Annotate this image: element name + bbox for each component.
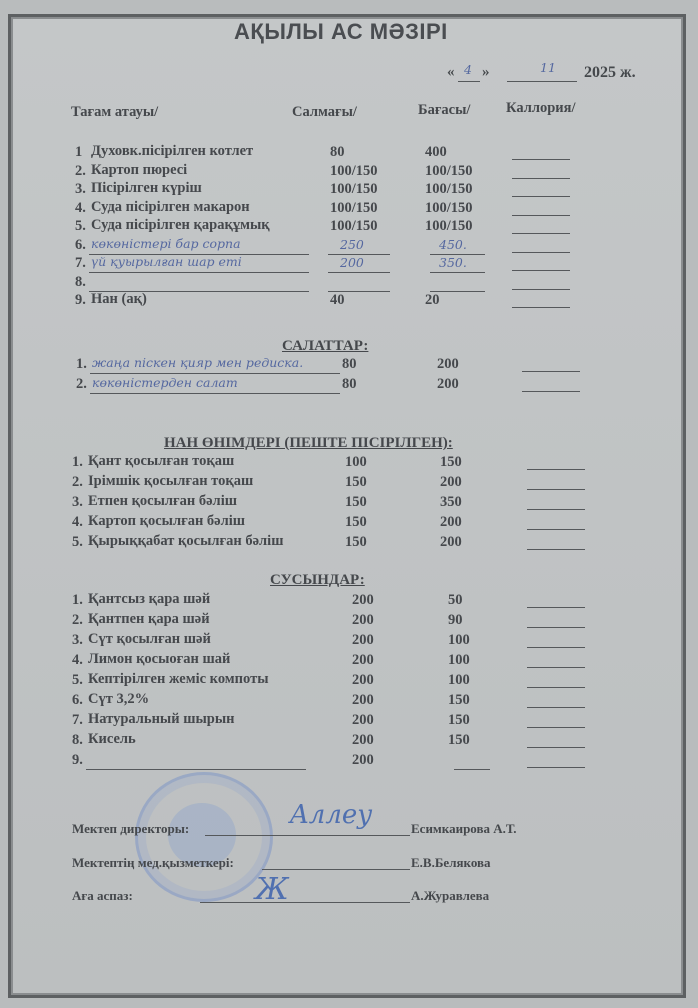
page-title: АҚЫЛЫ АС МӘЗІРІ	[234, 19, 448, 45]
item-weight: 200	[352, 712, 374, 729]
item-number: 7.	[75, 255, 86, 272]
signature-name-director: Есимкаирова А.Т.	[411, 821, 517, 837]
item-number: 2.	[72, 474, 83, 491]
blank-line	[430, 272, 485, 273]
item-name: Нан (ақ)	[91, 291, 147, 308]
item-number: 9.	[75, 292, 86, 309]
item-name: Қырыққабат қосылған бәліш	[88, 533, 283, 550]
item-name: Сүт қосылған шәй	[88, 631, 211, 648]
item-price: 150	[440, 454, 462, 471]
item-weight: 100/150	[330, 181, 378, 198]
blank-line	[90, 373, 340, 374]
item-number: 7.	[72, 712, 83, 729]
blank-line	[527, 489, 585, 490]
col-header-calories: Каллория/	[506, 100, 576, 117]
item-price: 100/150	[425, 200, 473, 217]
blank-line	[512, 159, 570, 160]
blank-line	[522, 371, 580, 372]
item-weight: 250	[340, 237, 364, 252]
item-name: үй қуырылған шар еті	[91, 254, 242, 269]
item-price: 100/150	[425, 218, 473, 235]
item-weight: 100/150	[330, 200, 378, 217]
date-month: 11	[540, 60, 556, 75]
item-number: 9.	[72, 752, 83, 769]
item-name: Қант қосылған тоқаш	[88, 453, 234, 470]
item-weight: 150	[345, 494, 367, 511]
item-name: Кисель	[88, 731, 136, 748]
blank-line	[527, 469, 585, 470]
item-weight: 80	[342, 376, 357, 393]
blank-line	[527, 727, 585, 728]
item-weight: 200	[352, 752, 374, 769]
item-name: Қантпен қара шәй	[88, 611, 210, 628]
item-weight: 150	[345, 514, 367, 531]
item-name: көкөністері бар сорпа	[91, 236, 241, 251]
blank-line	[512, 270, 570, 271]
item-number: 3.	[72, 632, 83, 649]
blank-line	[328, 272, 390, 273]
item-price: 350.	[439, 255, 467, 270]
item-price: 20	[425, 292, 440, 309]
blank-line	[512, 252, 570, 253]
blank-line	[512, 215, 570, 216]
item-name: Суда пісірілген қарақұмық	[91, 217, 270, 234]
item-weight: 100/150	[330, 218, 378, 235]
date-open: «	[447, 64, 455, 81]
item-price: 100	[448, 672, 470, 689]
item-name: Суда пісірілген макарон	[91, 199, 250, 216]
salads-heading: САЛАТТАР:	[282, 338, 368, 355]
item-name: көкөністерден салат	[92, 375, 238, 390]
item-price: 100	[448, 652, 470, 669]
signature-name-chef: А.Журавлева	[411, 888, 489, 904]
item-weight: 200	[352, 652, 374, 669]
item-number: 6.	[72, 692, 83, 709]
item-price: 150	[448, 692, 470, 709]
item-number: 8.	[75, 274, 86, 291]
item-price: 150	[448, 732, 470, 749]
item-weight: 200	[352, 592, 374, 609]
item-price: 100	[448, 632, 470, 649]
item-name: Лимон қосыоған шай	[88, 651, 230, 668]
item-number: 1.	[72, 592, 83, 609]
item-name: Картоп пюресі	[91, 162, 187, 179]
signature-role-nurse: Мектептің мед.қызметкері:	[72, 855, 234, 871]
item-price: 90	[448, 612, 463, 629]
item-price: 450.	[439, 237, 467, 252]
item-name: Картоп қосылған бәліш	[88, 513, 245, 530]
blank-line	[89, 272, 309, 273]
item-price: 400	[425, 144, 447, 161]
item-price: 100/150	[425, 181, 473, 198]
item-name: Етпен қосылған бәліш	[88, 493, 237, 510]
item-weight: 200	[352, 692, 374, 709]
item-name: Сүт 3,2%	[88, 691, 149, 708]
item-number: 3.	[72, 494, 83, 511]
item-weight: 100/150	[330, 163, 378, 180]
item-weight: 80	[330, 144, 345, 161]
item-price: 200	[440, 474, 462, 491]
blank-line	[527, 607, 585, 608]
blank-line	[527, 509, 585, 510]
col-header-price: Бағасы/	[418, 102, 470, 119]
item-price: 200	[440, 514, 462, 531]
blank-line	[522, 391, 580, 392]
item-weight: 150	[345, 474, 367, 491]
blank-line	[527, 707, 585, 708]
item-number: 2.	[72, 612, 83, 629]
item-price: 50	[448, 592, 463, 609]
official-stamp	[135, 772, 273, 902]
blank-line	[512, 289, 570, 290]
item-number: 3.	[75, 181, 86, 198]
signature-role-chef: Аға аспаз:	[72, 888, 133, 904]
date-close: »	[482, 64, 490, 81]
blank-line	[527, 647, 585, 648]
blank-line	[527, 687, 585, 688]
director-signature: Aллеу	[290, 800, 372, 830]
item-name: жаңа піскен қияр мен редиска.	[92, 355, 303, 370]
signature-name-nurse: Е.В.Белякова	[411, 855, 491, 871]
item-price: 350	[440, 494, 462, 511]
item-number: 1	[75, 144, 82, 161]
item-name: Ірімшік қосылған тоқаш	[88, 473, 253, 490]
blank-line	[454, 769, 490, 770]
item-price: 150	[448, 712, 470, 729]
item-name: Духовк.пісірілген котлет	[91, 143, 253, 160]
blank-line	[527, 549, 585, 550]
item-weight: 40	[330, 292, 345, 309]
item-number: 1.	[76, 356, 87, 373]
item-price: 200	[440, 534, 462, 551]
blank-line	[512, 178, 570, 179]
item-price: 200	[437, 376, 459, 393]
item-weight: 200	[352, 672, 374, 689]
blank-line	[90, 393, 340, 394]
item-number: 2.	[76, 376, 87, 393]
blank-line	[512, 196, 570, 197]
date-day: 4	[464, 62, 472, 77]
item-weight: 200	[352, 732, 374, 749]
blank-line	[512, 307, 570, 308]
item-number: 5.	[75, 218, 86, 235]
blank-line	[527, 747, 585, 748]
item-number: 8.	[72, 732, 83, 749]
item-weight: 80	[342, 356, 357, 373]
item-number: 2.	[75, 163, 86, 180]
col-header-name: Тағам атауы/	[71, 104, 158, 121]
blank-line	[512, 233, 570, 234]
blank-line	[527, 627, 585, 628]
item-name: Қантсыз қара шәй	[88, 591, 210, 608]
item-number: 4.	[72, 514, 83, 531]
blank-line	[86, 769, 306, 770]
item-weight: 100	[345, 454, 367, 471]
signature-role-director: Мектеп директоры:	[72, 821, 189, 837]
item-weight: 200	[352, 632, 374, 649]
bakery-heading: НАН ӨНІМДЕРІ (ПЕШТЕ ПІСІРІЛГЕН):	[164, 435, 453, 452]
item-number: 5.	[72, 534, 83, 551]
col-header-weight: Салмағы/	[292, 104, 357, 121]
item-number: 4.	[72, 652, 83, 669]
item-weight: 200	[352, 612, 374, 629]
item-weight: 200	[340, 255, 364, 270]
blank-line	[527, 529, 585, 530]
item-price: 200	[437, 356, 459, 373]
item-number: 1.	[72, 454, 83, 471]
date-year: 2025 ж.	[584, 64, 636, 82]
blank-line	[527, 667, 585, 668]
item-number: 5.	[72, 672, 83, 689]
blank-line	[527, 767, 585, 768]
item-name: Натуральный шырын	[88, 711, 235, 728]
item-name: Пісірілген күріш	[91, 180, 202, 197]
item-price: 100/150	[425, 163, 473, 180]
item-number: 4.	[75, 200, 86, 217]
item-number: 6.	[75, 237, 86, 254]
item-name: Кептірілген жеміс компоты	[88, 671, 269, 688]
item-weight: 150	[345, 534, 367, 551]
drinks-heading: СУСЫНДАР:	[270, 572, 365, 589]
